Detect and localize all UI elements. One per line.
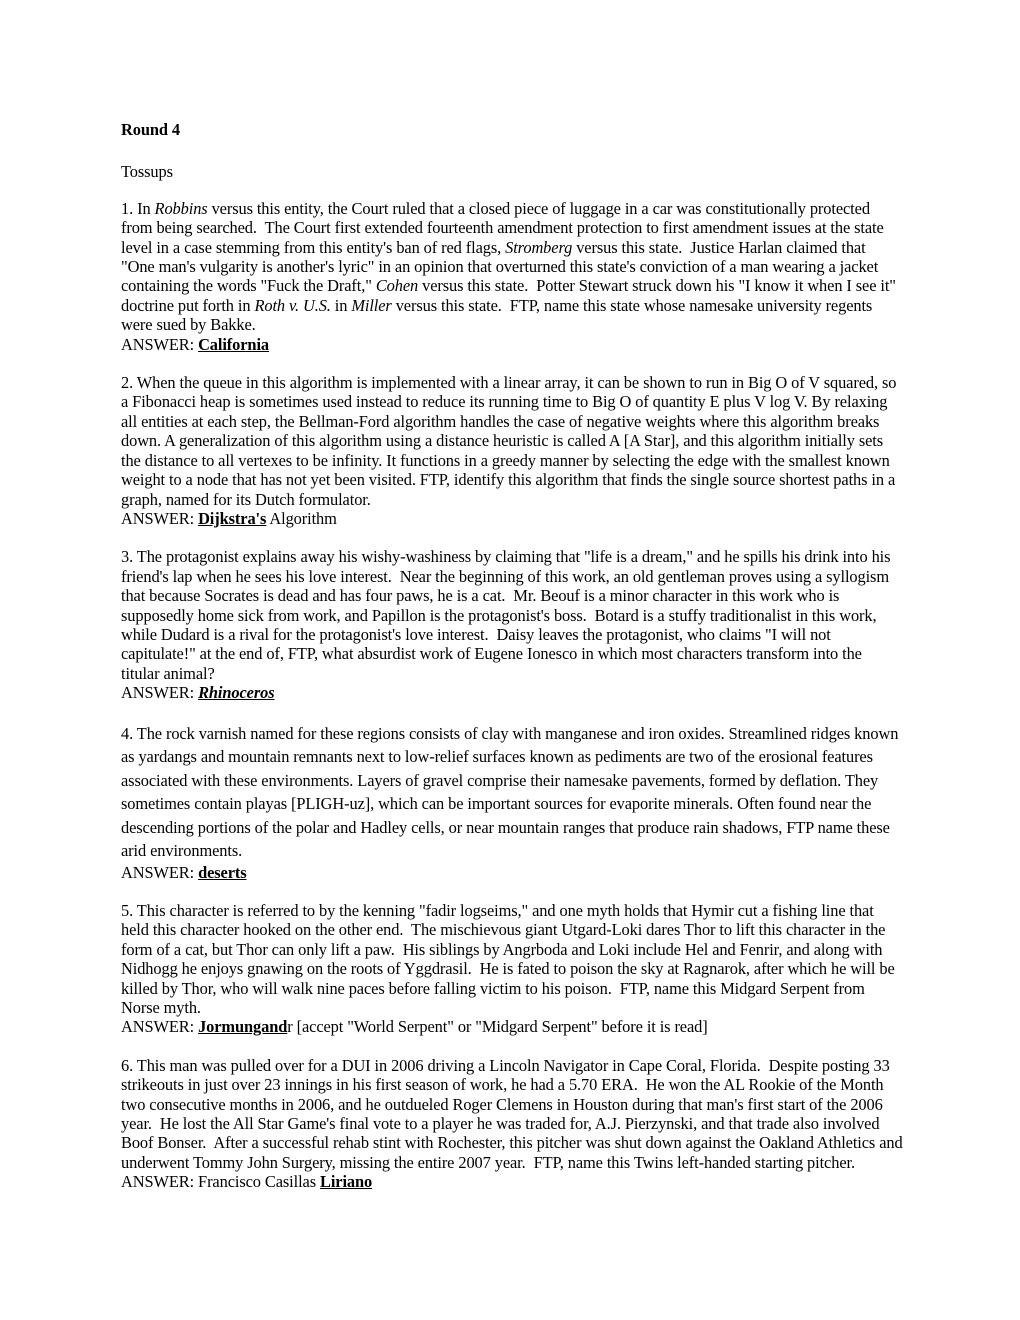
question-6: 6. This man was pulled over for a DUI in… bbox=[121, 1056, 903, 1192]
question-6-answer: ANSWER: Francisco Casillas Liriano bbox=[121, 1172, 903, 1191]
answer-key-term: Jormungand bbox=[198, 1017, 287, 1036]
document-page: Round 4 Tossups 1. In Robbins versus thi… bbox=[0, 0, 1020, 1320]
text-run: 5. This character is referred to by the … bbox=[121, 901, 899, 1017]
answer-key-term: Rhinoceros bbox=[198, 683, 274, 702]
question-2-text: 2. When the queue in this algorithm is i… bbox=[121, 373, 903, 509]
answer-run: ANSWER: bbox=[121, 683, 198, 702]
question-3-text: 3. The protagonist explains away his wis… bbox=[121, 547, 903, 683]
question-3-answer: ANSWER: Rhinoceros bbox=[121, 683, 903, 702]
text-run-italic: Cohen bbox=[376, 276, 418, 295]
question-2-answer: ANSWER: Dijkstra's Algorithm bbox=[121, 509, 903, 528]
text-run-italic: Stromberg bbox=[505, 238, 572, 257]
question-1-answer: ANSWER: California bbox=[121, 335, 903, 354]
answer-run: r [accept "World Serpent" or "Midgard Se… bbox=[287, 1017, 707, 1036]
question-5-text: 5. This character is referred to by the … bbox=[121, 901, 903, 1017]
answer-run: ANSWER: bbox=[121, 335, 198, 354]
text-run: 3. The protagonist explains away his wis… bbox=[121, 547, 894, 682]
answer-key-term: deserts bbox=[198, 863, 246, 882]
question-4: 4. The rock varnish named for these regi… bbox=[121, 722, 903, 882]
answer-run: ANSWER: Francisco Casillas bbox=[121, 1172, 320, 1191]
answer-run: ANSWER: bbox=[121, 509, 198, 528]
answer-key-term: Liriano bbox=[320, 1172, 372, 1191]
round-title: Round 4 bbox=[121, 120, 903, 139]
answer-run: ANSWER: bbox=[121, 1017, 198, 1036]
question-4-answer: ANSWER: deserts bbox=[121, 863, 903, 882]
answer-key-term: Dijkstra's bbox=[198, 509, 266, 528]
question-1-text: 1. In Robbins versus this entity, the Co… bbox=[121, 199, 903, 335]
text-run-italic: Roth v. U.S. bbox=[254, 296, 330, 315]
question-2: 2. When the queue in this algorithm is i… bbox=[121, 373, 903, 528]
section-label: Tossups bbox=[121, 162, 903, 181]
text-run: 2. When the queue in this algorithm is i… bbox=[121, 373, 900, 508]
question-5: 5. This character is referred to by the … bbox=[121, 901, 903, 1037]
question-3: 3. The protagonist explains away his wis… bbox=[121, 547, 903, 702]
text-run: 6. This man was pulled over for a DUI in… bbox=[121, 1056, 907, 1172]
question-5-answer: ANSWER: Jormungandr [accept "World Serpe… bbox=[121, 1017, 903, 1036]
question-4-text: 4. The rock varnish named for these regi… bbox=[121, 722, 903, 863]
text-run-italic: Miller bbox=[351, 296, 391, 315]
answer-run: Algorithm bbox=[266, 509, 337, 528]
text-run: 4. The rock varnish named for these regi… bbox=[121, 724, 902, 861]
text-run: 1. In bbox=[121, 199, 155, 218]
answer-run: ANSWER: bbox=[121, 863, 198, 882]
answer-key-term: California bbox=[198, 335, 269, 354]
text-run: in bbox=[331, 296, 352, 315]
question-1: 1. In Robbins versus this entity, the Co… bbox=[121, 199, 903, 354]
question-6-text: 6. This man was pulled over for a DUI in… bbox=[121, 1056, 903, 1172]
text-run-italic: Robbins bbox=[155, 199, 208, 218]
